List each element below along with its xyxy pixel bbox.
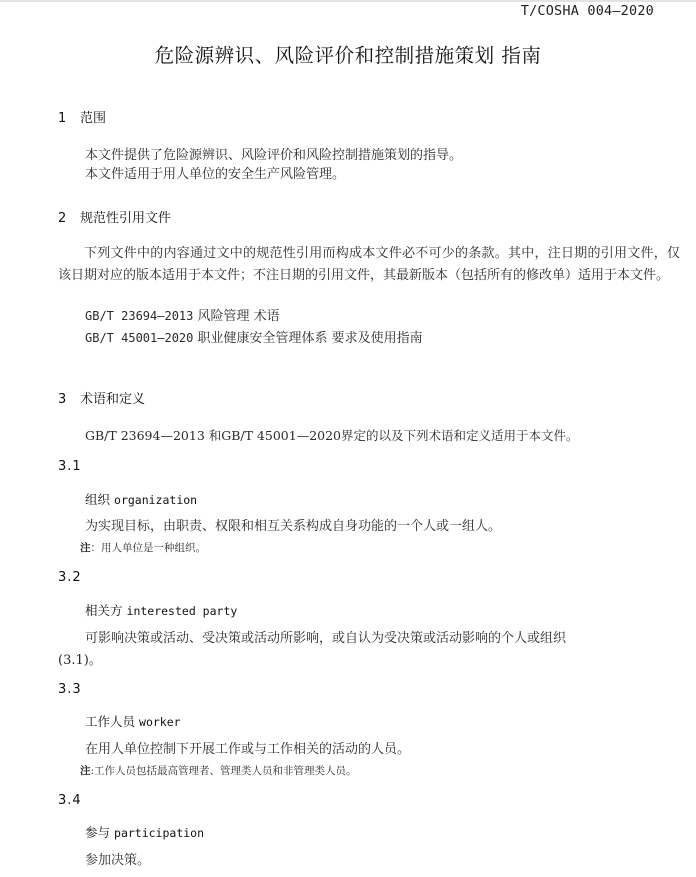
term-definition: 在用人单位控制下开展工作或与工作相关的活动的人员。 (85, 739, 410, 761)
term-number: 3.2 (58, 570, 82, 585)
reference-title: 职业健康安全管理体系 要求及使用指南 (198, 331, 423, 346)
section-number: 2 (58, 211, 80, 226)
top-border (0, 0, 696, 2)
term-heading: 相关方interested party (85, 601, 237, 619)
term-english: interested party (127, 604, 238, 618)
note-label: 注 (80, 542, 91, 554)
section-2-heading: 2规范性引用文件 (58, 207, 171, 226)
document-title: 危险源辨识、风险评价和控制措施策划 指南 (0, 40, 696, 68)
term-chinese: 组织 (85, 492, 110, 507)
reference-code: GB/T 45001—2020 (85, 331, 193, 345)
section-title: 术语和定义 (80, 392, 145, 407)
section-number: 3 (58, 392, 80, 407)
section-2-paragraph: 下列文件中的内容通过文中的规范性引用而构成本文件必不可少的条款。其中，注日期的引… (58, 243, 680, 287)
reference-code: GB/T 23694—2013 (85, 309, 193, 323)
term-number: 3.4 (58, 793, 82, 808)
term-english: participation (114, 826, 204, 840)
section-3-intro: GB/T 23694—2013 和GB/T 45001—2020界定的以及下列术… (85, 425, 579, 447)
section-1-paragraph-2: 本文件适用于用人单位的安全生产风险管理。 (85, 164, 345, 186)
term-heading: 工作人员worker (85, 712, 181, 730)
term-chinese: 参与 (85, 825, 110, 840)
reference-item: GB/T 23694—2013 风险管理 术语 (85, 305, 280, 324)
standard-code: T/COSHA 004—2020 (521, 3, 654, 19)
term-number: 3.3 (58, 682, 82, 697)
note-label: 注 (80, 765, 91, 777)
section-title: 规范性引用文件 (80, 211, 171, 226)
section-3-heading: 3术语和定义 (58, 388, 145, 407)
term-chinese: 相关方 (85, 603, 123, 618)
note-text: ：用人单位是一种组织。 (91, 542, 207, 554)
term-definition: 为实现目标，由职责、权限和相互关系构成自身功能的一个人或一组人。 (85, 516, 501, 538)
term-definition: 参加决策。 (85, 850, 150, 872)
term-note: 注：用人单位是一种组织。 (80, 540, 206, 555)
term-note: 注:工作人员包括最高管理者、管理类人员和非管理类人员。 (80, 763, 357, 778)
section-1-heading: 1范围 (58, 107, 106, 126)
term-definition-line-2: (3.1)。 (58, 650, 102, 672)
term-number: 3.1 (58, 459, 82, 474)
section-number: 1 (58, 111, 80, 126)
term-english: worker (139, 715, 181, 729)
term-definition-line-1: 可影响决策或活动、受决策或活动所影响，或自认为受决策或活动影响的个人或组织 (85, 628, 566, 650)
reference-item: GB/T 45001—2020 职业健康安全管理体系 要求及使用指南 (85, 327, 423, 346)
term-english: organization (114, 493, 197, 507)
section-title: 范围 (80, 111, 106, 126)
term-heading: 组织organization (85, 490, 197, 508)
reference-title: 风险管理 术语 (198, 309, 280, 324)
term-chinese: 工作人员 (85, 714, 135, 729)
note-text: :工作人员包括最高管理者、管理类人员和非管理类人员。 (91, 765, 357, 777)
term-heading: 参与participation (85, 823, 204, 841)
